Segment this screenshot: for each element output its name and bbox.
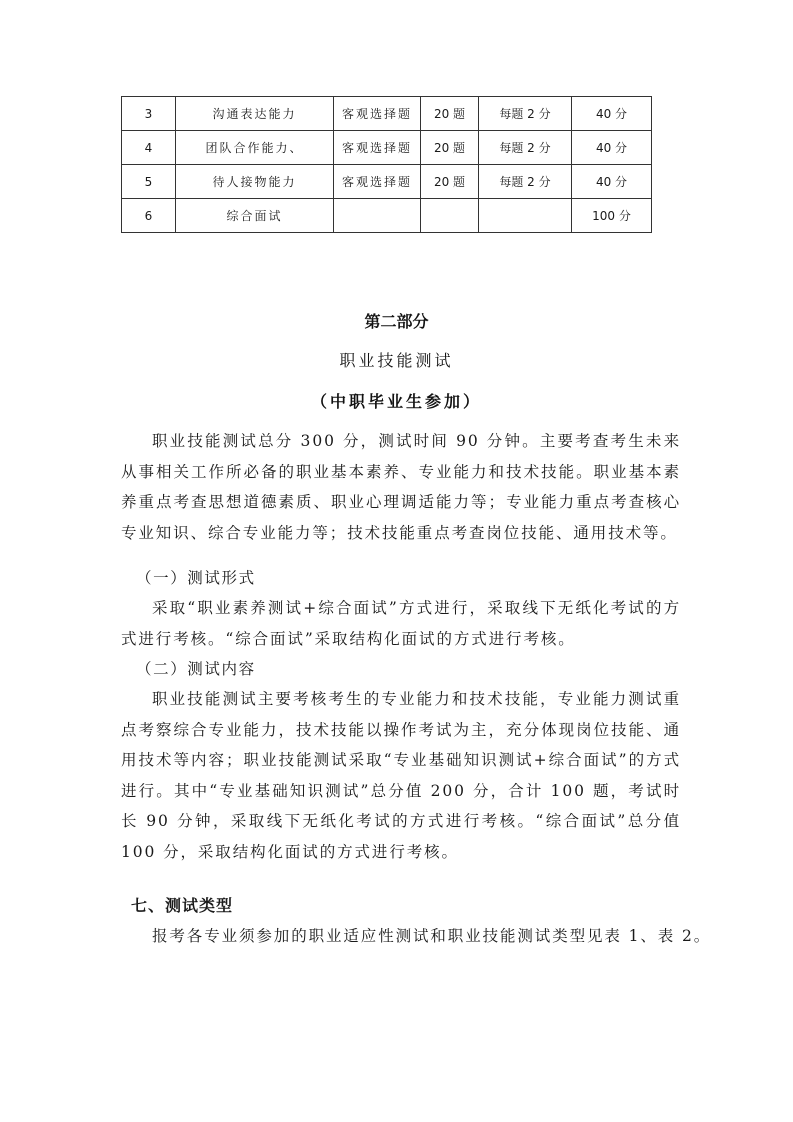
cell-count [421, 199, 479, 233]
cell-type [334, 199, 421, 233]
part-title: 职业技能测试 [0, 348, 793, 371]
form-paragraph: 采取“职业素养测试+综合面试”方式进行，采取线下无纸化考试的方式进行考核。“综合… [121, 593, 681, 654]
cell-item: 综合面试 [176, 199, 334, 233]
part-heading: 第二部分 [0, 309, 793, 332]
cell-per [479, 199, 572, 233]
intro-paragraph: 职业技能测试总分 300 分，测试时间 90 分钟。主要考查考生未来从事相关工作… [121, 426, 681, 548]
content-paragraph: 职业技能测试主要考核考生的专业能力和技术技能，专业能力测试重点考察综合专业能力，… [121, 684, 681, 867]
form-heading: （一）测试形式 [136, 563, 256, 593]
table-row: 5 待人接物能力 客观选择题 20 题 每题 2 分 40 分 [122, 165, 652, 199]
table-row: 4 团队合作能力、 客观选择题 20 题 每题 2 分 40 分 [122, 131, 652, 165]
cell-item: 沟通表达能力 [176, 97, 334, 131]
cell-score: 40 分 [572, 165, 652, 199]
cell-no: 3 [122, 97, 176, 131]
part-subtitle: （中职毕业生参加） [0, 389, 793, 412]
content-heading: （二）测试内容 [136, 654, 256, 684]
cell-item: 待人接物能力 [176, 165, 334, 199]
section-paragraph: 报考各专业须参加的职业适应性测试和职业技能测试类型见表 1、表 2。 [121, 921, 721, 952]
cell-no: 4 [122, 131, 176, 165]
cell-item: 团队合作能力、 [176, 131, 334, 165]
cell-score: 100 分 [572, 199, 652, 233]
cell-type: 客观选择题 [334, 97, 421, 131]
table-row: 6 综合面试 100 分 [122, 199, 652, 233]
cell-per: 每题 2 分 [479, 97, 572, 131]
section-heading: 七、测试类型 [131, 893, 233, 916]
cell-per: 每题 2 分 [479, 165, 572, 199]
cell-no: 5 [122, 165, 176, 199]
table-row: 3 沟通表达能力 客观选择题 20 题 每题 2 分 40 分 [122, 97, 652, 131]
cell-score: 40 分 [572, 97, 652, 131]
cell-count: 20 题 [421, 97, 479, 131]
cell-count: 20 题 [421, 165, 479, 199]
score-table: 3 沟通表达能力 客观选择题 20 题 每题 2 分 40 分 4 团队合作能力… [121, 96, 652, 233]
cell-per: 每题 2 分 [479, 131, 572, 165]
cell-no: 6 [122, 199, 176, 233]
cell-type: 客观选择题 [334, 165, 421, 199]
cell-count: 20 题 [421, 131, 479, 165]
cell-type: 客观选择题 [334, 131, 421, 165]
cell-score: 40 分 [572, 131, 652, 165]
